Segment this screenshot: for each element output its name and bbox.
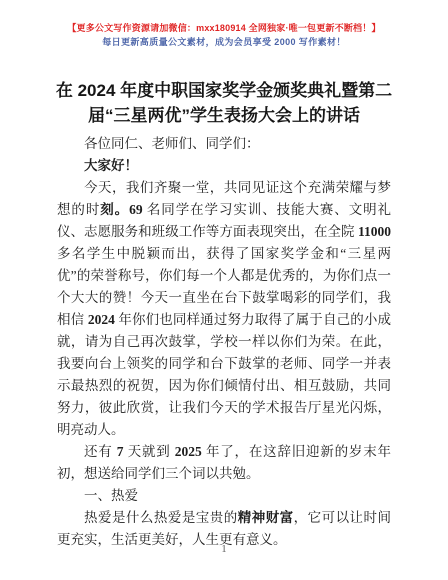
paragraph: 大家好！ (57, 155, 391, 177)
document-page: 【更多公文写作资源请加微信：mxx180914 全网独家·唯一包更新不断档！】 … (0, 0, 448, 580)
text-run: 一、热爱 (84, 488, 138, 503)
paragraph: 还有 7 天就到 2025 年了，在这辞旧迎新的岁末年初，想送给同学们三个词以共… (57, 441, 391, 485)
text-run: 大家好！ (84, 158, 138, 173)
document-title: 在 2024 年度中职国家奖学金颁奖典礼暨第二届“三星两优”学生表扬大会上的讲话 (44, 78, 404, 128)
document-body: 各位同仁、老师们、同学们：大家好！今天，我们齐聚一堂，共同见证这个充满荣耀与梦想… (57, 133, 391, 551)
paragraph: 今天，我们齐聚一堂，共同见证这个充满荣耀与梦想的时刻。69 名同学在学习实训、技… (57, 177, 391, 441)
text-run: 还有 (84, 444, 117, 459)
text-run: 精神财富 (238, 510, 294, 525)
text-run: 7 (117, 444, 124, 459)
text-run: 年你们也同样通过努力取得了属于自己的小成就，请为自己再次鼓掌，学校一样以你们为荣… (57, 312, 391, 437)
watermark-line-1: 【更多公文写作资源请加微信：mxx180914 全网独家·唯一包更新不断档！】 (0, 21, 448, 35)
text-run: 11000 (358, 224, 391, 239)
text-run: 热爱是什么热爱是宝贵的 (84, 510, 238, 525)
text-run: 刻。69 (100, 202, 142, 217)
text-run: 天就到 (124, 444, 175, 459)
paragraph: 一、热爱 (57, 485, 391, 507)
watermark-line-2: 每日更新高质量公文素材，成为会员享受 2000 写作素材！ (0, 35, 448, 49)
text-run: 2025 (175, 444, 202, 459)
watermark-block: 【更多公文写作资源请加微信：mxx180914 全网独家·唯一包更新不断档！】 … (0, 21, 448, 49)
text-run: 各位同仁、老师们、同学们： (84, 136, 260, 151)
text-run: 2024 (88, 312, 115, 327)
paragraph: 各位同仁、老师们、同学们： (57, 133, 391, 155)
page-number: 1 (0, 544, 448, 555)
